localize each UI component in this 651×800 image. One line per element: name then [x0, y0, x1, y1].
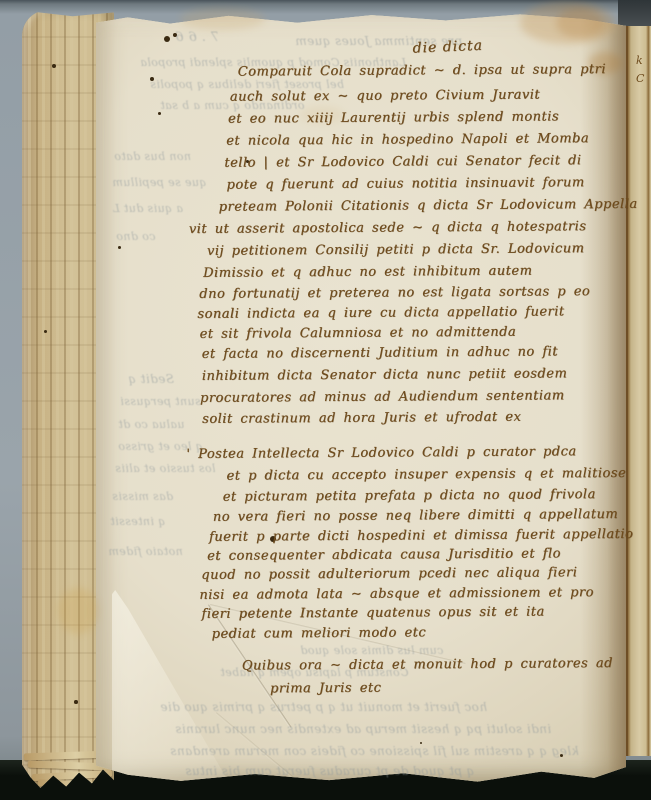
ink-text-layer: die dicta Comparuit Cola supradict ~ d. …: [0, 0, 651, 800]
paragraph-3: Quibus ora ~ dicta et monuit hod p curat…: [0, 0, 651, 800]
manuscript-line: prima Juris etc: [270, 681, 381, 697]
manuscript-line: Quibus ora ~ dicta et monuit hod p curat…: [242, 656, 613, 674]
manuscript-photo: kC 7 . 6 6pre sentimma Joues quemLanthon…: [0, 0, 651, 800]
